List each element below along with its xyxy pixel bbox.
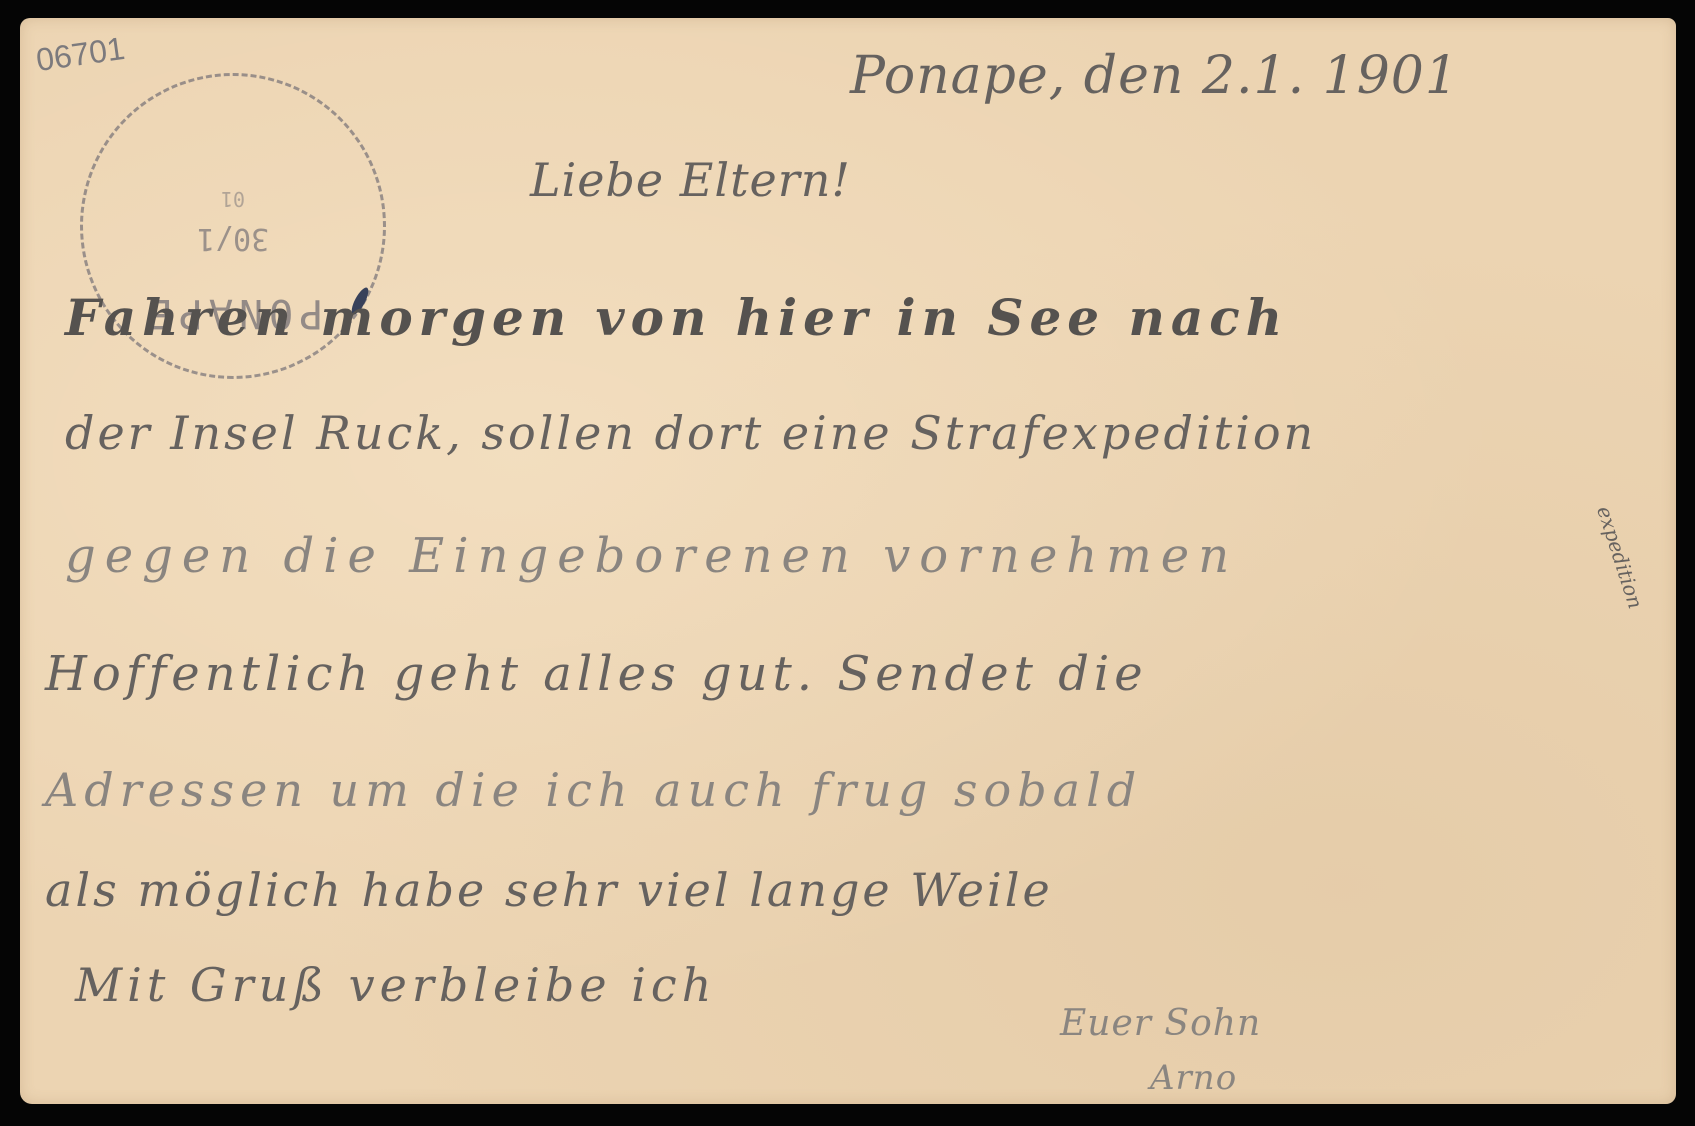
- place-date: Ponape, den 2.1. 1901: [850, 46, 1459, 106]
- body-line-5: Adressen um die ich auch frug sobald: [45, 763, 1142, 817]
- body-line-1: Fahren morgen von hier in See nach: [65, 288, 1288, 347]
- body-line-2: der Insel Ruck, sollen dort eine Strafex…: [65, 406, 1316, 460]
- margin-continuation: expedition: [1592, 503, 1648, 612]
- body-line-4: Hoffentlich geht alles gut. Sendet die: [45, 646, 1148, 702]
- postmark-date: 30/1: [83, 221, 383, 256]
- postmark-inner: 01: [83, 187, 383, 211]
- body-line-6: als möglich habe sehr viel lange Weile: [45, 863, 1053, 917]
- archive-number: 06701: [34, 30, 127, 79]
- salutation: Liebe Eltern!: [530, 153, 851, 207]
- closing: Euer Sohn: [1060, 1003, 1261, 1044]
- postcard: 06701 PONAPE 30/1 01 Ponape, den 2.1. 19…: [20, 18, 1676, 1104]
- body-line-3: gegen die Eingeborenen vornehmen: [65, 528, 1238, 584]
- signature: Arno: [1150, 1058, 1237, 1098]
- body-line-7: Mit Gruß verbleibe ich: [75, 958, 716, 1012]
